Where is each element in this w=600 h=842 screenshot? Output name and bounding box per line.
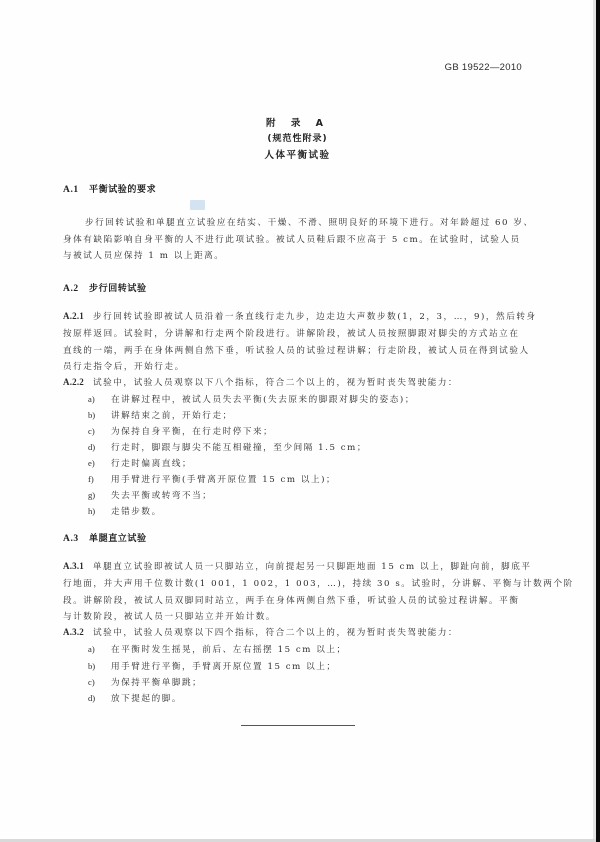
paragraph-line: 员行走指令后，开始行走。: [63, 360, 185, 372]
clause-text: 试验中，试验人员观察以下八个指标，符合二个以上的，视为暂时丧失驾驶能力：: [93, 378, 458, 388]
list-item: d)行走时，脚跟与脚尖不能互相碰撞，至少间隔 1.5 cm；: [88, 441, 367, 453]
list-item: c)为保持平衡单脚跳；: [88, 676, 202, 688]
list-marker: h): [88, 506, 111, 516]
clause-text: 试验中，试验人员观察以下四个指标，符合二个以上的，视为暂时丧失驾驶能力：: [93, 628, 458, 638]
clause-a31-line: A.3.1单腿直立试验即被试人员一只脚站立，向前提起另一只脚距地面 15 cm …: [63, 560, 532, 572]
annex-type: (规范性附录): [0, 131, 595, 144]
list-text: 行走时偏离直线；: [111, 459, 192, 469]
list-item: c)为保持自身平衡，在行走时停下来；: [88, 425, 273, 437]
section-title: 平衡试验的要求: [89, 185, 156, 195]
list-marker: g): [88, 490, 111, 500]
watermark-logo-icon: [190, 200, 205, 210]
list-item: b)用手臂进行平衡，手臂离开原位置 15 cm 以上；: [88, 660, 337, 672]
list-text: 走错步数。: [111, 507, 162, 517]
list-item: a)在平衡时发生摇晃，前后、左右摇摆 15 cm 以上；: [88, 643, 347, 655]
list-marker: d): [88, 693, 111, 703]
section-number: A.2: [63, 284, 89, 294]
list-marker: c): [88, 426, 111, 436]
list-item: a)在讲解过程中，被试人员失去平衡(失去原来的脚跟对脚尖的姿态)；: [88, 393, 415, 405]
section-heading-a1: A.1平衡试验的要求: [63, 182, 156, 195]
list-item: b)讲解结束之前，开始行走；: [88, 409, 233, 421]
paragraph-line: 身体有缺陷影响自身平衡的人不进行此项试验。被试人员鞋后跟不应高于 5 cm。在试…: [63, 233, 521, 245]
clause-number: A.2.2: [63, 377, 84, 387]
list-marker: c): [88, 677, 111, 687]
section-number: A.1: [63, 185, 89, 195]
section-heading-a3: A.3单腿直立试验: [63, 531, 147, 544]
clause-number: A.3.1: [63, 561, 84, 571]
standard-code: GB 19522—2010: [445, 62, 522, 73]
list-text: 用手臂进行平衡，手臂离开原位置 15 cm 以上；: [111, 662, 337, 672]
section-heading-a2: A.2步行回转试验: [63, 281, 147, 294]
list-marker: e): [88, 458, 111, 468]
section-title: 单腿直立试验: [89, 534, 147, 544]
viewer-right-border: [596, 0, 600, 842]
list-item: d)放下提起的脚。: [88, 692, 182, 704]
list-text: 在平衡时发生摇晃，前后、左右摇摆 15 cm 以上；: [111, 645, 347, 655]
clause-number: A.3.2: [63, 627, 84, 637]
list-marker: b): [88, 661, 111, 671]
paragraph-line: 直线的一端，两手在身体两侧自然下垂，听试验人员的试验过程讲解；行走阶段，被试人员…: [63, 344, 530, 356]
clause-a32-line: A.3.2试验中，试验人员观察以下四个指标，符合二个以上的，视为暂时丧失驾驶能力…: [63, 626, 458, 638]
list-item: f)用手臂进行平衡(手臂离开原位置 15 cm 以上)；: [88, 473, 336, 485]
paragraph-line: 与计数阶段，被试人员一只脚站立并开始计数。: [63, 610, 276, 622]
paragraph-line: 段。讲解阶段，被试人员双脚同时站立，两手在身体两侧自然下垂，听试验人员的试验过程…: [63, 594, 519, 606]
annex-name: 人体平衡试验: [0, 147, 595, 161]
list-text: 放下提起的脚。: [111, 694, 182, 704]
list-marker: a): [88, 394, 111, 404]
list-marker: b): [88, 410, 111, 420]
list-text: 失去平衡或转弯不当；: [111, 491, 212, 501]
list-item: h)走错步数。: [88, 505, 162, 517]
list-text: 行走时，脚跟与脚尖不能互相碰撞，至少间隔 1.5 cm；: [111, 443, 367, 453]
paragraph-line: 按原样返回。试验时，分讲解和行走两个阶段进行。讲解阶段，被试人员按照脚跟对脚尖的…: [63, 327, 519, 339]
list-text: 用手臂进行平衡(手臂离开原位置 15 cm 以上)；: [111, 475, 336, 485]
clause-text: 单腿直立试验即被试人员一只脚站立，向前提起另一只脚距地面 15 cm 以上，脚趾…: [93, 562, 532, 572]
annex-title: 附 录 A: [0, 115, 595, 129]
section-number: A.3: [63, 534, 89, 544]
list-text: 讲解结束之前，开始行走；: [111, 411, 233, 421]
list-item: g)失去平衡或转弯不当；: [88, 489, 212, 501]
document-page: GB 19522—2010 附 录 A (规范性附录) 人体平衡试验 A.1平衡…: [0, 0, 595, 840]
list-text: 在讲解过程中，被试人员失去平衡(失去原来的脚跟对脚尖的姿态)；: [111, 395, 415, 405]
list-marker: a): [88, 644, 111, 654]
paragraph-line: 行地面，并大声用千位数计数(1 001，1 002，1 003，…)，持续 30…: [63, 577, 574, 589]
paragraph-line: 与被试人员应保持 1 m 以上距离。: [63, 249, 224, 261]
clause-text: 步行回转试验即被试人员沿着一条直线行走九步，边走边大声数步数(1，2，3，…，9…: [93, 312, 537, 322]
list-item: e)行走时偏离直线；: [88, 457, 192, 469]
clause-number: A.2.1: [63, 311, 84, 321]
clause-a21-line: A.2.1步行回转试验即被试人员沿着一条直线行走九步，边走边大声数步数(1，2，…: [63, 310, 537, 322]
list-marker: f): [88, 474, 111, 484]
list-marker: d): [88, 442, 111, 452]
clause-a22-line: A.2.2试验中，试验人员观察以下八个指标，符合二个以上的，视为暂时丧失驾驶能力…: [63, 376, 458, 388]
list-text: 为保持平衡单脚跳；: [111, 678, 202, 688]
end-of-document-rule: [241, 725, 355, 726]
list-text: 为保持自身平衡，在行走时停下来；: [111, 427, 273, 437]
paragraph-line: 步行回转试验和单腿直立试验应在结实、干燥、不滑、照明良好的环境下进行。对年龄超过…: [85, 216, 534, 228]
section-title: 步行回转试验: [89, 284, 147, 294]
